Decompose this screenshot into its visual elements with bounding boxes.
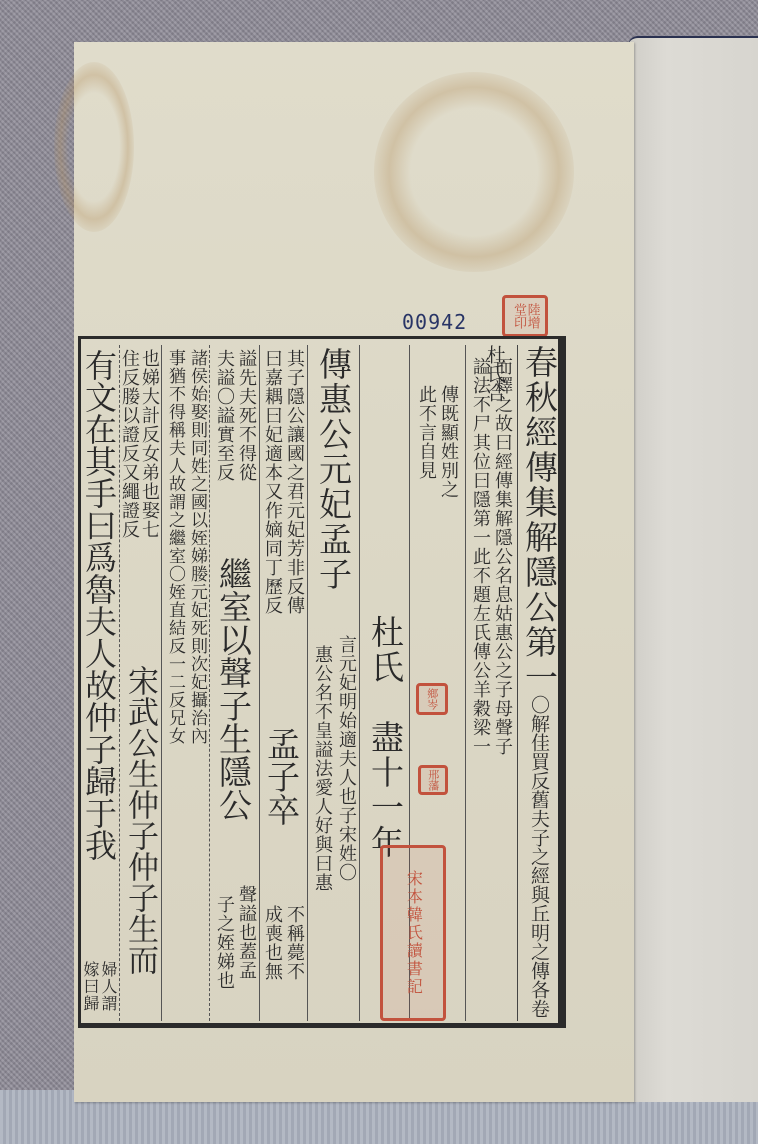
annotation-6b-right: 不稱薨不 [283, 905, 305, 981]
main-text-5: 傳惠公元妃孟子 [313, 347, 353, 592]
water-stain [374, 72, 574, 272]
annotation-9-right: 也娣大計反女弟也娶七 [138, 349, 160, 539]
water-stain-left [54, 62, 134, 232]
seal-top-right: 陸增堂印 [502, 295, 548, 337]
annotation-6-left: 曰嘉耦曰妃適本又作嫡同丁歷反 [261, 349, 283, 615]
author-line: 杜氏 盡十一年 [366, 615, 405, 860]
main-text-9: 宋武公生仲子仲子生而 [122, 665, 157, 975]
annotation-7-right: 謚先夫死不得從 [235, 349, 257, 482]
column-7: 謚先夫死不得從 夫謚〇謚實至反 繼室以聲子生隱公 聲謚也蓋孟 子之姪娣也 [209, 345, 259, 1021]
column-6: 其子隱公讓國之君元妃芳非反傳 曰嘉耦曰妃適本又作嫡同丁歷反 孟子卒 不稱薨不 成… [259, 345, 307, 1021]
annotation-5-right: 言元妃明始適夫人也子宋姓〇 [335, 635, 357, 882]
annotation-7b-left: 子之姪娣也 [213, 895, 235, 990]
annotation-5-left: 惠公名不皇謚法愛人好與曰惠 [311, 645, 333, 892]
annotation-8-left: 事猶不得稱夫人故謂之繼室〇姪直結反一二反兄女 [164, 349, 185, 745]
annotation-3-left: 此不言自見 [415, 385, 437, 480]
annotation-7b-right: 聲謚也蓋孟 [235, 885, 257, 980]
annotation-9-left: 住反媵以證反又繩證反 [118, 349, 140, 539]
annotation-8-right: 諸侯始娶則同姓之國以姪娣媵元妃死則次妃攝治內 [186, 349, 207, 745]
catalog-number: 00942 [402, 310, 467, 334]
annotation-10-right: 婦人謂 [99, 961, 118, 1012]
column-9: 也娣大計反女弟也娶七 住反媵以證反又繩證反 宋武公生仲子仲子生而 [119, 345, 161, 1021]
column-5: 傳惠公元妃孟子 言元妃明始適夫人也子宋姓〇 惠公名不皇謚法愛人好與曰惠 [307, 345, 359, 1021]
seal-bottom-large: 宋本韓氏讀書記 [380, 845, 446, 1021]
printed-frame: 春秋經傳集解隱公第一〇解佳買反舊夫子之經與丘明之傳各卷杜氏合 而釋之故曰經傳集解… [78, 336, 566, 1028]
column-2: 而釋之故曰經傳集解隱公名息姑惠公之子母聲子 謚法不尸其位曰隱第一此不題左氏傳公羊… [465, 345, 515, 1021]
seal-middle-1: 鄉岑 [416, 683, 448, 715]
chapter-title: 春秋經傳集解隱公第一 [520, 345, 559, 695]
main-text-10: 有文在其手曰爲魯夫人故仲子歸于我 [81, 349, 117, 861]
annotation-6-right: 其子隱公讓國之君元妃芳非反傳 [283, 349, 305, 615]
annotation-2-right: 而釋之故曰經傳集解隱公名息姑惠公之子母聲子 [491, 357, 513, 756]
annotation-6b-left: 成喪也無 [261, 905, 283, 981]
column-10: 有文在其手曰爲魯夫人故仲子歸于我 婦人謂 嫁曰歸 [81, 345, 119, 1021]
main-text-6: 孟子卒 [261, 727, 301, 826]
column-1: 春秋經傳集解隱公第一〇解佳買反舊夫子之經與丘明之傳各卷杜氏合 [517, 345, 561, 1021]
column-8: 諸侯始娶則同姓之國以姪娣媵元妃死則次妃攝治內 事猶不得稱夫人故謂之繼室〇姪直結反… [161, 345, 209, 1021]
column-4: 杜氏 盡十一年 宋本韓氏讀書記 [359, 345, 407, 1021]
annotation-10-left: 嫁曰歸 [81, 961, 100, 1012]
next-page-leaf [628, 36, 758, 1102]
main-text-7: 繼室以聲子生隱公 [213, 557, 253, 821]
annotation-3-right: 傳既顯姓別之 [437, 385, 459, 499]
seal-middle-2: 邢藩 [418, 765, 448, 795]
annotation-2-left: 謚法不尸其位曰隱第一此不題左氏傳公羊穀梁一 [469, 357, 491, 756]
annotation-7-left: 夫謚〇謚實至反 [213, 349, 235, 482]
